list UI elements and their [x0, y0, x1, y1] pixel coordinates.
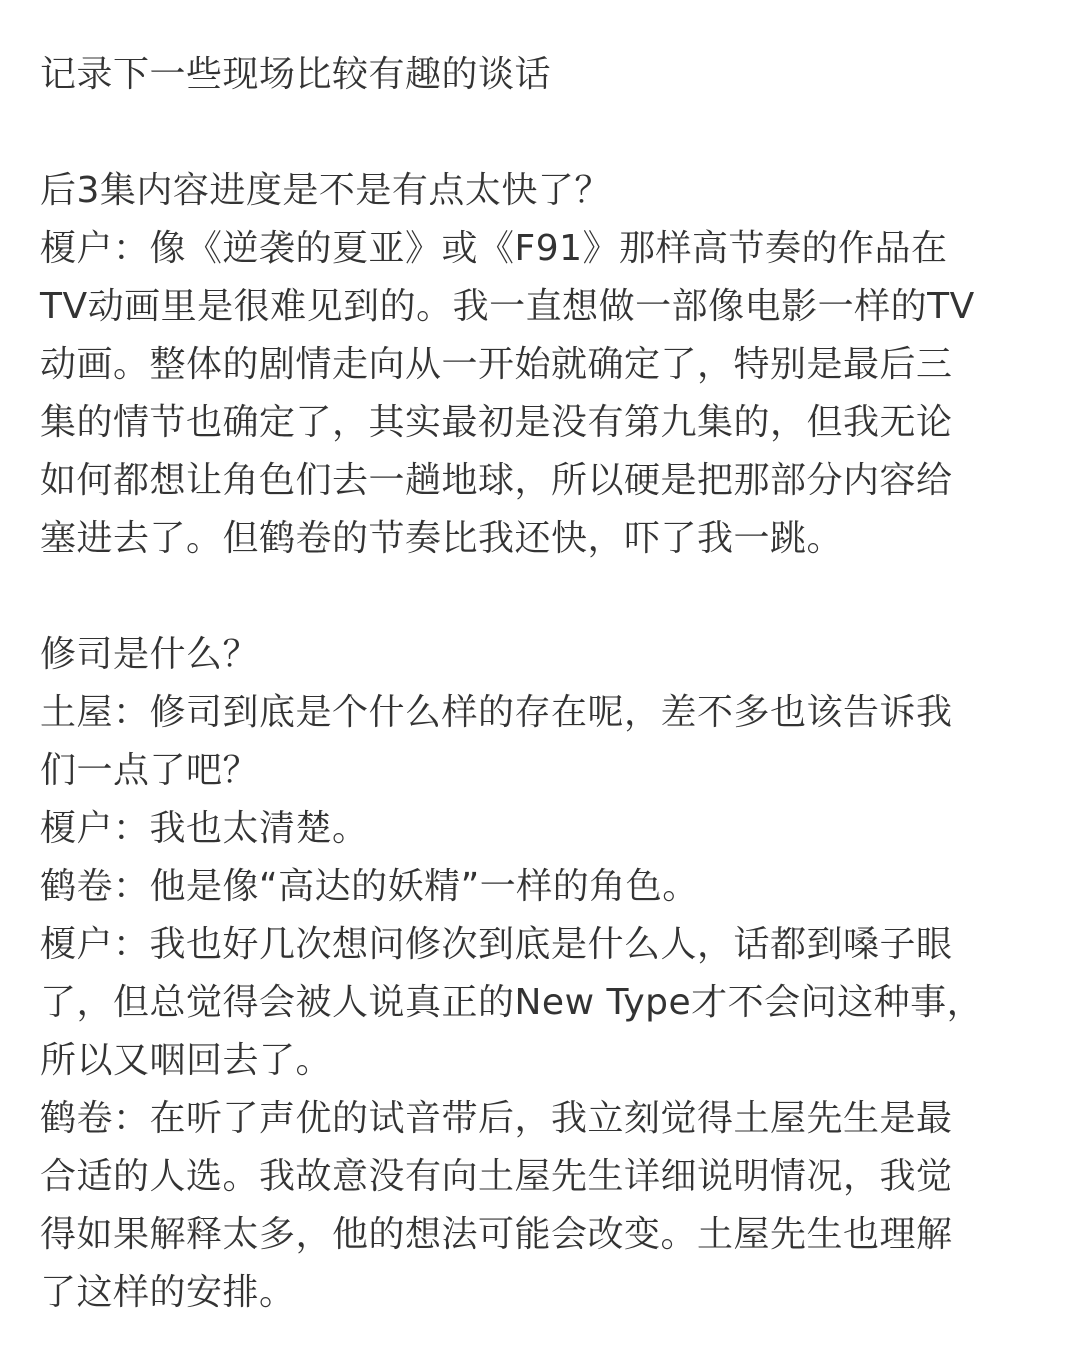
dialogue-entry: 榎户：像《逆袭的夏亚》或《F91》那样高节奏的作品在 TV动画里是很难见到的。我… — [40, 220, 1050, 568]
dialogue-line: 塞进去了。但鹤卷的节奏比我还快，吓了我一跳。 — [40, 510, 1050, 568]
dialogue-line: 鹤卷：他是像“高达的妖精”一样的角色。 — [40, 858, 1050, 916]
dialogue-line: 榎户：我也太清楚。 — [40, 800, 1050, 858]
section-question: 后3集内容进度是不是有点太快了？ — [40, 162, 1050, 220]
paragraph-gap — [40, 568, 1050, 626]
dialogue-line: 如何都想让角色们去一趟地球，所以硬是把那部分内容给 — [40, 452, 1050, 510]
dialogue-line: TV动画里是很难见到的。我一直想做一部像电影一样的TV — [40, 278, 1050, 336]
dialogue-line: 土屋：修司到底是个什么样的存在呢，差不多也该告诉我 — [40, 684, 1050, 742]
dialogue-line: 合适的人选。我故意没有向土屋先生详细说明情况，我觉 — [40, 1148, 1050, 1206]
dialogue-line: 鹤卷：在听了声优的试音带后，我立刻觉得土屋先生是最 — [40, 1090, 1050, 1148]
dialogue-line: 得如果解释太多，他的想法可能会改变。土屋先生也理解 — [40, 1206, 1050, 1264]
dialogue-line: 榎户：像《逆袭的夏亚》或《F91》那样高节奏的作品在 — [40, 220, 1050, 278]
document-body: 记录下一些现场比较有趣的谈话 后3集内容进度是不是有点太快了？ 榎户：像《逆袭的… — [40, 46, 1050, 1322]
dialogue-entry: 土屋：修司到底是个什么样的存在呢，差不多也该告诉我 们一点了吧？ — [40, 684, 1050, 800]
title-line: 记录下一些现场比较有趣的谈话 — [40, 46, 1050, 104]
dialogue-line: 了这样的安排。 — [40, 1264, 1050, 1322]
dialogue-entry: 鹤卷：在听了声优的试音带后，我立刻觉得土屋先生是最 合适的人选。我故意没有向土屋… — [40, 1090, 1050, 1322]
question-line: 修司是什么？ — [40, 626, 1050, 684]
document-title: 记录下一些现场比较有趣的谈话 — [40, 46, 1050, 104]
dialogue-entry: 榎户：我也太清楚。 — [40, 800, 1050, 858]
dialogue-line: 了，但总觉得会被人说真正的New Type才不会问这种事， — [40, 974, 1050, 1032]
dialogue-entry: 榎户：我也好几次想问修次到底是什么人，话都到嗓子眼 了，但总觉得会被人说真正的N… — [40, 916, 1050, 1090]
dialogue-entry: 鹤卷：他是像“高达的妖精”一样的角色。 — [40, 858, 1050, 916]
dialogue-line: 们一点了吧？ — [40, 742, 1050, 800]
section-pacing: 后3集内容进度是不是有点太快了？ 榎户：像《逆袭的夏亚》或《F91》那样高节奏的… — [40, 162, 1050, 568]
dialogue-line: 动画。整体的剧情走向从一开始就确定了，特别是最后三 — [40, 336, 1050, 394]
section-shuuji: 修司是什么？ 土屋：修司到底是个什么样的存在呢，差不多也该告诉我 们一点了吧？ … — [40, 626, 1050, 1322]
question-line: 后3集内容进度是不是有点太快了？ — [40, 162, 1050, 220]
dialogue-line: 集的情节也确定了，其实最初是没有第九集的，但我无论 — [40, 394, 1050, 452]
section-question: 修司是什么？ — [40, 626, 1050, 684]
paragraph-gap — [40, 104, 1050, 162]
dialogue-line: 榎户：我也好几次想问修次到底是什么人，话都到嗓子眼 — [40, 916, 1050, 974]
dialogue-line: 所以又咽回去了。 — [40, 1032, 1050, 1090]
